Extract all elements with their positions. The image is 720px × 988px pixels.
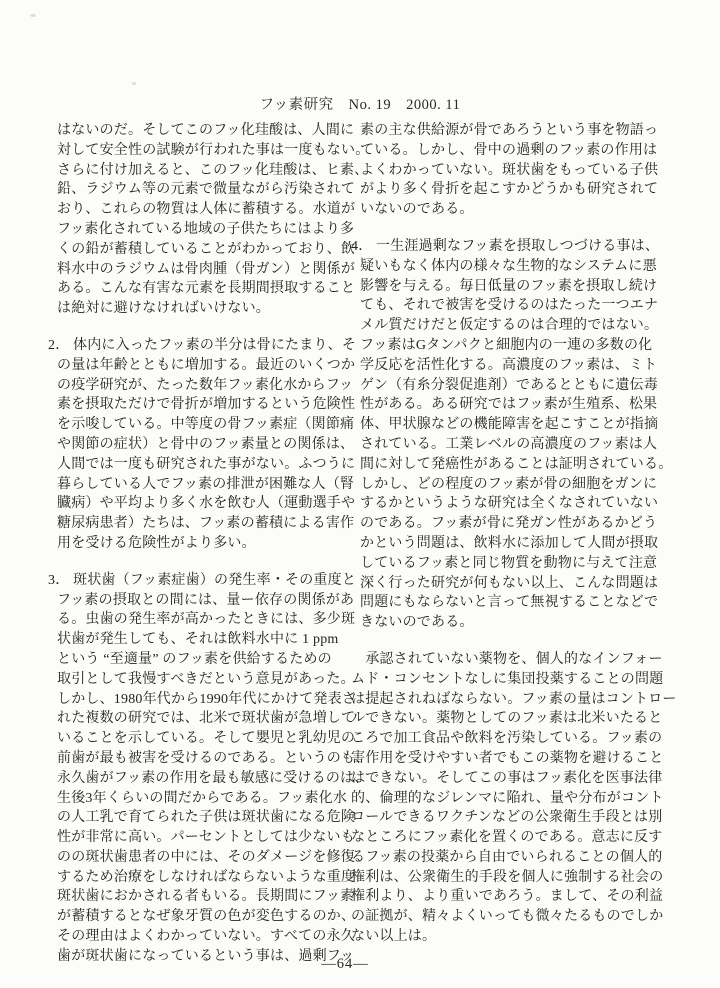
text-line: 問題にもならないと言って無視することなどで — [360, 593, 696, 613]
text-line: の証拠が、精々よくいっても微々たるものでしか — [351, 907, 696, 927]
text-line: 性がある。ある研究ではフッ素が生殖系、松果 — [360, 395, 696, 415]
text-line: しかし、1980年代から1990年代にかけて発表さ — [57, 690, 360, 710]
item-2: 2．体内に入ったフッ素の半分は骨にたまり、その量は年齢とともに増加する。最近のい… — [48, 336, 360, 554]
text-line: ゲン（有糸分裂促進剤）であるとともに遺伝毒 — [360, 376, 696, 396]
text-line: る。虫歯の発生率が高かったときには、多少斑 — [57, 610, 360, 630]
text-line: ムド・コンセントなしに集団投薬することの問題 — [351, 670, 696, 690]
text-line: 深く行った研究が何もない以上、こんな問題は — [360, 574, 696, 594]
text-line: 権利より、より重いであろう。まして、その利益 — [351, 887, 696, 907]
text-line: 用を受ける危険性がより多い。 — [57, 534, 360, 554]
text-line: 権利は、公衆衛生的手段を個人に強制する社会の — [351, 868, 696, 888]
text-line: 3．斑状歯（フッ素症歯）の発生率・その重度と — [57, 571, 360, 591]
text-line: 状歯が発生しても、それは飲料水中に 1 ppm — [57, 630, 360, 650]
text-line: よくわかっていない。斑状歯をもっている子供 — [360, 161, 696, 181]
text-line: きないのである。 — [360, 613, 696, 633]
text-line: フッ素化されている地域の子供たちにはより多 — [57, 220, 360, 240]
right-column: 素の主な供給源が骨であろうという事を物語っている。しかし、骨中の過剰のフッ素の作… — [351, 121, 696, 947]
text-line: 素を摂取ただけで骨折が増加するという危険性 — [57, 395, 360, 415]
text-line: れた複数の研究では、北米で斑状歯が急増して — [57, 709, 360, 729]
text-line: という “至適量” のフッ素を供給するための — [57, 650, 360, 670]
text-line: 4．一生涯過剰なフッ素を摂取しつづける事は、 — [360, 237, 696, 257]
line-text: 斑状歯（フッ素症歯）の発生率・その重度と — [73, 573, 356, 588]
text-line: おり、これらの物質は人体に蓄積する。水道が — [57, 200, 360, 220]
text-line: るフッ素の投薬から自由でいられることの個人的 — [351, 848, 696, 868]
text-line: かという問題は、飲料水に添加して人間が摂取 — [360, 534, 696, 554]
text-line: 性が非常に高い。パーセントとしては少ないも — [57, 828, 360, 848]
text-line: いないのである。 — [360, 200, 696, 220]
text-line: の人工乳で育てられた子供は斑状歯になる危険 — [57, 808, 360, 828]
text-line: ある。こんな有害な元素を長期間摂取すること — [57, 279, 360, 299]
text-line: 体、甲状腺などの機能障害を起こすことが指摘 — [360, 415, 696, 435]
text-line: 暮らしている人でフッ素の排泄が困難な人（腎 — [57, 475, 360, 495]
text-line: が蓄積するとなぜ象牙質の色が変色するのか、 — [57, 907, 360, 927]
text-line: フッ素はGタンパクと細胞内の一連の多数の化 — [360, 336, 696, 356]
text-line: 前歯が最も被害を受けるのである。というのも、 — [57, 749, 360, 769]
text-line: のの斑状歯患者の中には、そのダメージを修復 — [57, 848, 360, 868]
text-line: 素の主な供給源が骨であろうという事を物語っ — [360, 121, 696, 141]
text-line: ロールできるワクチンなどの公衆衛生手段とは別 — [351, 808, 696, 828]
left-column: はないのだ。そしてこのフッ化珪酸は、人間に対して安全性の試験が行われた事は一度も… — [48, 121, 360, 967]
text-line: しているフッ素と同じ物質を動物に与えて注意 — [360, 554, 696, 574]
item-3: 3．斑状歯（フッ素症歯）の発生率・その重度とフッ素の摂取との間には、量ー依存の関… — [48, 571, 360, 967]
text-line: や関節の症状）と骨中のフッ素量との関係は、 — [57, 435, 360, 455]
paragraph-1-continued: はないのだ。そしてこのフッ化珪酸は、人間に対して安全性の試験が行われた事は一度も… — [48, 121, 360, 319]
text-line: 疑いもなく体内の様々な生物的なシステムに悪 — [360, 257, 696, 277]
scan-artifact — [30, 14, 36, 17]
text-line: はないのだ。そしてこのフッ化珪酸は、人間に — [57, 121, 360, 141]
text-line: ルできない。薬物としてのフッ素は北米いたると — [351, 709, 696, 729]
text-line: さらに付け加えると、このフッ化珪酸は、ヒ素、 — [57, 161, 360, 181]
text-line: するかというような研究は全くなされていない — [360, 494, 696, 514]
text-line: 鉛、ラジウム等の元素で微量ながら汚染されて — [57, 180, 360, 200]
text-line: 的、倫理的なジレンマに陥れ、量や分布がコント — [351, 789, 696, 809]
text-line: されている。工業レベルの高濃度のフッ素は人 — [360, 435, 696, 455]
text-line: の量は年齢とともに増加する。最近のいくつか — [57, 356, 360, 376]
text-line: 間に対して発癌性があることは証明されている。 — [360, 455, 696, 475]
text-line: ても、それで被害を受けるのはたった一つエナ — [360, 296, 696, 316]
line-text: 体内に入ったフッ素の半分は骨にたまり、そ — [73, 338, 356, 353]
item-number: 3． — [48, 571, 73, 591]
item-3-continued: 素の主な供給源が骨であろうという事を物語っている。しかし、骨中の過剰のフッ素の作… — [351, 121, 696, 220]
text-line: 永久歯がフッ素の作用を最も敏感に受けるのは、 — [57, 769, 360, 789]
text-line: のである。フッ素が骨に発ガン性があるかどう — [360, 514, 696, 534]
text-line: くの鉛が蓄積していることがわかっており、飲 — [57, 240, 360, 260]
item-number: 4． — [351, 237, 376, 257]
text-line: フッ素の摂取との間には、量ー依存の関係があ — [57, 591, 360, 611]
text-line: 害作用を受けやすい者でもこの薬物を避けること — [351, 749, 696, 769]
text-line: ない以上は。 — [351, 927, 696, 947]
scan-artifact — [132, 82, 136, 85]
text-line: メル質だけだと仮定するのは合理的ではない。 — [360, 316, 696, 336]
document-page: フッ素研究 No. 19 2000. 11 はないのだ。そしてこのフッ化珪酸は、… — [0, 0, 720, 988]
text-line: 人間では一度も研究された事がない。ふつうに — [57, 455, 360, 475]
text-line: 斑状歯におかされる者もいる。長期間にフッ素 — [57, 887, 360, 907]
closing-paragraph: 承認されていない薬物を、個人的なインフォームド・コンセントなしに集団投薬すること… — [351, 650, 696, 947]
item-4: 4．一生涯過剰なフッ素を摂取しつづける事は、疑いもなく体内の様々な生物的なシステ… — [351, 237, 696, 633]
text-line: しかし、どの程度のフッ素が骨の細胞をガンに — [360, 475, 696, 495]
text-line: 影響を与える。毎日低量のフッ素を摂取し続け — [360, 277, 696, 297]
text-line: を示唆している。中等度の骨フッ素症（関節痛 — [57, 415, 360, 435]
item-number: 2． — [48, 336, 73, 356]
text-line: 2．体内に入ったフッ素の半分は骨にたまり、そ — [57, 336, 360, 356]
text-line: 取引として我慢すべきだという意見があった。 — [57, 670, 360, 690]
text-line: はできない。そしてこの事はフッ素化を医事法律 — [351, 769, 696, 789]
text-line: 料水中のラジウムは骨肉腫（骨ガン）と関係が — [57, 260, 360, 280]
text-line: ている。しかし、骨中の過剰のフッ素の作用は — [360, 141, 696, 161]
text-line: 糖尿病患者）たちは、フッ素の蓄積による害作 — [57, 514, 360, 534]
text-line: その理由はよくわかっていない。すべての永久 — [57, 927, 360, 947]
text-line: 対して安全性の試験が行われた事は一度もない。 — [57, 141, 360, 161]
text-line: 生後3年くらいの間だからである。フッ素化水 — [57, 789, 360, 809]
text-line: なところにフッ素化を置くのである。意志に反す — [351, 828, 696, 848]
text-line: 臓病）や平均より多く水を飲む人（運動選手や — [57, 494, 360, 514]
text-line: は提起されねばならない。フッ素の量はコントロー — [351, 690, 696, 710]
text-line: するため治療をしなければならないような重度 — [57, 868, 360, 888]
page-number: —64— — [0, 956, 690, 973]
text-line: 学反応を活性化する。高濃度のフッ素は、ミト — [360, 356, 696, 376]
journal-header: フッ素研究 No. 19 2000. 11 — [0, 93, 720, 114]
text-line: の疫学研究が、たった数年フッ素化水からフッ — [57, 376, 360, 396]
text-line: ころで加工食品や飲料を汚染している。フッ素の — [351, 729, 696, 749]
line-text: 一生涯過剰なフッ素を摂取しつづける事は、 — [376, 239, 659, 254]
text-line: いることを示している。そして嬰児と乳幼児の — [57, 729, 360, 749]
text-line: 承認されていない薬物を、個人的なインフォー — [351, 650, 696, 670]
text-line: がより多く骨折を起こすかどうかも研究されて — [360, 180, 696, 200]
text-line: は絶対に避けなければいけない。 — [57, 299, 360, 319]
